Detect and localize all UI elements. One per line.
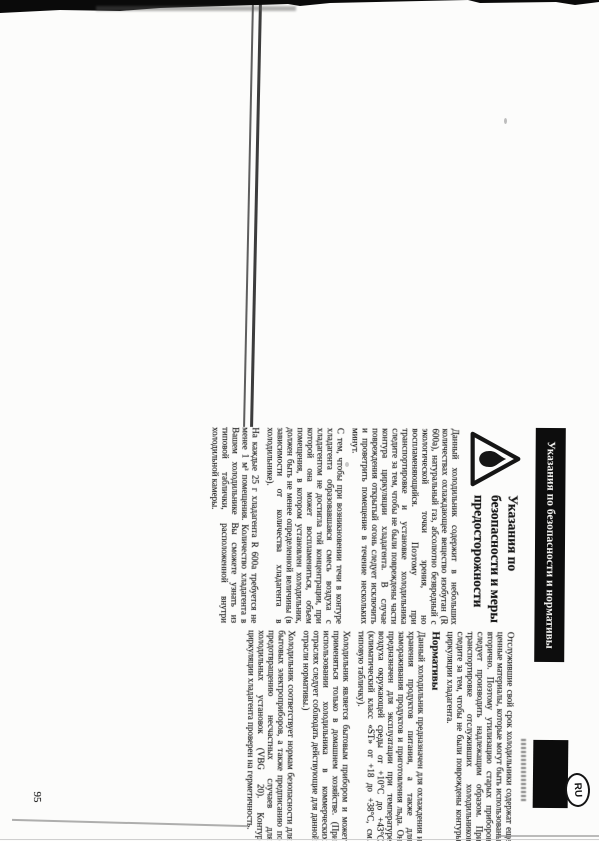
page-number: 95: [31, 784, 43, 810]
section-header-bar: Указания по безопасности и нормативы: [534, 428, 566, 662]
language-badge: RU: [564, 772, 591, 807]
flammable-warning-triangle-icon: [468, 431, 522, 487]
scan-speck: [504, 118, 507, 124]
paragraph-disposal: Отслужившие свой срок холодильники содер…: [444, 631, 515, 841]
page-edge-shadow: [12, 819, 247, 827]
text-column-2: Отслужившие свой срок холодильники содер…: [246, 630, 515, 841]
header-black-block: [533, 740, 569, 808]
paragraph-intended-use: Данный холодильник предназначен для охла…: [355, 631, 426, 841]
scanned-manual-page: Указания по безопасности и нормативы RU …: [0, 0, 599, 841]
text-column-1: Данный холодильник содержит в небольших …: [247, 427, 460, 624]
paragraph-household-use: Холодильник является бытовым прибором и …: [300, 630, 351, 840]
illegible-caption-smudge: [521, 739, 526, 803]
scan-bottom-edge-faint: [0, 839, 599, 840]
rotated-scan-content: Указания по безопасности и нормативы RU …: [0, 0, 599, 841]
language-badge-label: RU: [572, 782, 584, 797]
section-header-title: Указания по безопасности и нормативы: [543, 441, 556, 649]
scan-bottom-edge: [498, 835, 599, 837]
paragraph-refrigerant-warning: Данный холодильник содержит в небольших …: [349, 428, 460, 625]
scan-edge-smudge: [96, 6, 296, 11]
paragraph-room-volume: С тем, чтобы при возникновении течи в ко…: [264, 427, 345, 624]
norms-heading: Нормативы: [429, 631, 440, 841]
paragraph-refrigerant-amount: На каждые 25 г хладагента R 600a требует…: [209, 427, 260, 623]
paragraph-safety-standards: Холодильник соответствует нормам безопас…: [245, 630, 296, 840]
